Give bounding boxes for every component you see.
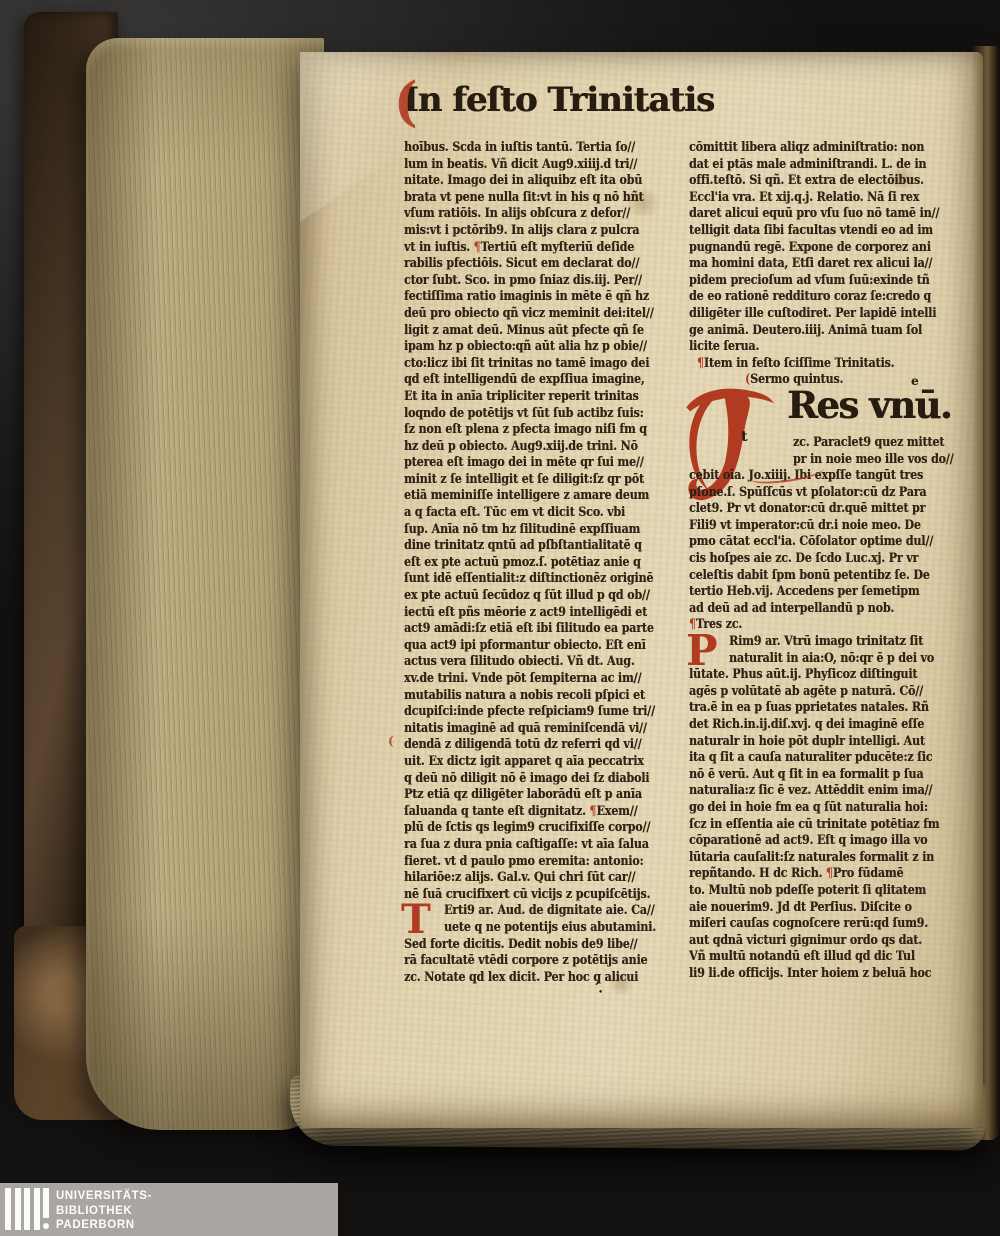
text-line-content: ad deū ad ad interpellandū p nob. xyxy=(689,601,894,618)
text-segment: naturalr in hoie pōt duplr intelligi. Au… xyxy=(689,734,925,749)
text-line-content: minit z ſe intelligit et ſe diligit:ſz q… xyxy=(404,472,644,489)
text-line-content: licite ſerua. xyxy=(689,339,759,356)
text-segment: ſup. Anīa nō tm hz ſilitudinē expſſiuam xyxy=(404,522,640,537)
text-line-content: hilariōe:z alijs. Gal.v. Qui chri ſūt ca… xyxy=(404,870,635,887)
text-line-content: Fili9 vt imperator:cū dr.i noie meo. De xyxy=(689,518,921,535)
text-segment: det Rich.in.ij.diſ.xvj. q dei imaginē eſ… xyxy=(689,717,924,732)
text-segment: licite ſerua. xyxy=(689,339,759,354)
text-line-content: cto:licz ibi ſit trinitas no tamē imago … xyxy=(404,356,649,373)
text-line: naturalia:z ſic ē vez. Attēddit enim ima… xyxy=(689,783,983,800)
guide-letter: t xyxy=(741,429,747,445)
text-line-content: actus vera ſilitudo obiecti. Vñ dt. Aug. xyxy=(404,654,635,671)
text-segment: brata vt pene nulla ſit:vt in his q nō h… xyxy=(404,190,643,205)
text-line: nō ē verū. Aut q ſit in ea formalit p ſu… xyxy=(689,767,983,784)
text-line: Erti9 ar. Aud. de dignitate aie. Ca// xyxy=(404,903,693,920)
text-segment: cis hoſpes aie zc. De ſcdo Luc.xj. Pr vr xyxy=(689,551,918,566)
text-segment: Tertiū eſt myſteriū deſide xyxy=(481,240,635,255)
text-line: Ptz etiā qz diligēter laborādū eſt p anī… xyxy=(404,787,693,804)
text-line-content: hoībus. Scda in iuſtis tantū. Tertia ſo/… xyxy=(404,140,635,157)
library-name-line: PADERBORN xyxy=(56,1218,152,1233)
text-line: clet9. Pr vt donator:cū dr.quē mittet pr xyxy=(689,501,983,518)
text-segment: lūtate. Phus aūt.ij. Phyſicoz diſtinguit xyxy=(689,667,917,682)
text-segment: fieret. vt d paulo pmo eremita: antonio: xyxy=(404,854,643,869)
text-line: nitatis imaginē ad quā reminiſcendā vi// xyxy=(404,721,693,738)
text-line-content: tra.ē in ea p ſuas pprietates natales. R… xyxy=(689,700,929,717)
text-line: aie nouerim9. Jd dt Perſius. Diſcite o xyxy=(689,900,983,917)
text-line: ſup. Anīa nō tm hz ſilitudinē expſſiuam xyxy=(404,522,693,539)
text-line-content: dcupiſci:inde pfecte reſpiciam9 ſume tri… xyxy=(404,704,655,721)
text-line-content: ſup. Anīa nō tm hz ſilitudinē expſſiuam xyxy=(404,522,640,539)
text-segment: loqndo de potētijs vt ſūt ſub actibz ſui… xyxy=(404,406,644,421)
text-line: fieret. vt d paulo pmo eremita: antonio: xyxy=(404,854,693,871)
text-line: pidem precioſum ad vſum ſuū:exinde tñ xyxy=(689,273,983,290)
text-segment: plū de ſctis qs legim9 crucifixiſſe corp… xyxy=(404,820,650,835)
text-segment: a q facta eſt. Tūc em vt dicit Sco. vbi xyxy=(404,505,625,520)
text-segment: telligit data ſibi facultas vtendi eo ad… xyxy=(689,223,933,238)
text-line-content: ligit z amat deū. Minus aūt pfecte qñ ſe xyxy=(404,323,644,340)
text-line-content: fieret. vt d paulo pmo eremita: antonio: xyxy=(404,854,643,871)
text-line-content: naturalit in aia:O, nō:qr ē p dei vo xyxy=(729,651,934,668)
text-segment: aut qdnā victuri gignimur ordo qs dat. xyxy=(689,933,922,948)
library-name-line: UNIVERSITÄTS- xyxy=(56,1189,152,1204)
text-segment: Rim9 ar. Vtrū imago trinitatz ſit xyxy=(729,634,923,649)
text-line: act9 amādi:ſz etiā eſt ibi ſilitudo ea p… xyxy=(404,621,693,638)
text-segment: mutabilis natura a nobis recoli pſpici e… xyxy=(404,688,645,703)
text-line: ita q ſit a cauſa naturaliter pducēte:z … xyxy=(689,750,983,767)
text-line: cōmittit libera aliqz adminiſtratio: non xyxy=(689,140,983,157)
text-segment: dendā z diligendā totū dz referri qd vi/… xyxy=(404,737,642,752)
text-segment: pſone.ſ. Spūſſcūs vt pſolator:cū dz Para xyxy=(689,485,926,500)
text-segment: dine trinitatz qntū ad pſbſtantialitatē … xyxy=(404,538,642,553)
text-segment: deū pro obiecto qñ vicz meminit dei:itel… xyxy=(404,306,654,321)
text-line: deū pro obiecto qñ vicz meminit dei:itel… xyxy=(404,306,693,323)
text-line-content: Ptz etiā qz diligēter laborādū eſt p anī… xyxy=(404,787,642,804)
text-segment: Item in feſto ſciſſime Trinitatis. xyxy=(704,356,894,371)
text-line: Et ita in anīa tripliciter reperit trini… xyxy=(404,389,693,406)
text-line-content: Et ita in anīa tripliciter reperit trini… xyxy=(404,389,639,406)
text-line-content: det Rich.in.ij.diſ.xvj. q dei imaginē eſ… xyxy=(689,717,924,734)
text-line-content: pmo cātat eccl'ia. Cōſolator optime dul/… xyxy=(689,534,933,551)
text-line: rabilis pfectiōis. Sicut em declarat do/… xyxy=(404,256,693,273)
text-line-content: ita q ſit a cauſa naturaliter pducēte:z … xyxy=(689,750,932,767)
text-line: nē ſuā crucifixert cū vicijs z pcupiſcēt… xyxy=(404,887,693,904)
text-segment: miſeri cauſas cognoſcere rerū:qd ſum9. xyxy=(689,916,928,931)
text-line-content: fectiſſima ratio imaginis in mēte ē qñ h… xyxy=(404,289,649,306)
text-segment: lūtaria cauſalit:ſz naturales formalit z… xyxy=(689,850,934,865)
text-line-content: nitatis imaginē ad quā reminiſcendā vi// xyxy=(404,721,647,738)
text-segment: vſum ratiōis. In alijs obſcura z defor// xyxy=(404,206,630,221)
text-line: mutabilis natura a nobis recoli pſpici e… xyxy=(404,688,693,705)
ink-mark: ’. xyxy=(592,979,605,997)
library-watermark: UNIVERSITÄTS- BIBLIOTHEK PADERBORN xyxy=(0,1183,338,1236)
text-line-content: pterea eſt imago dei in mēte qr ſui me// xyxy=(404,455,644,472)
text-line-content: plū de ſctis qs legim9 crucifixiſſe corp… xyxy=(404,820,650,837)
text-line: dendā z diligendā totū dz referri qd vi/… xyxy=(404,737,693,754)
text-line: plū de ſctis qs legim9 crucifixiſſe corp… xyxy=(404,820,693,837)
text-line: Fili9 vt imperator:cū dr.i noie meo. De xyxy=(689,518,983,535)
text-segment: act9 amādi:ſz etiā eſt ibi ſilitudo ea p… xyxy=(404,621,654,636)
text-line-content: cōmittit libera aliqz adminiſtratio: non xyxy=(689,140,924,157)
text-segment: vt in iuſtis. xyxy=(404,240,474,255)
text-line-content: etiā meminiſſe intelligere z amare deum xyxy=(404,488,649,505)
text-segment: Erti9 ar. Aud. de dignitate aie. Ca// xyxy=(444,903,655,918)
text-line-content: pugnandū regē. Expone de corporez ani xyxy=(689,240,931,257)
text-line-content: mis:vt i pctōrib9. In alijs clara z pulc… xyxy=(404,223,639,240)
text-segment: Vñ multū notandū eſt illud qd dic Tul xyxy=(689,949,915,964)
text-segment: de eo rationē reddituro coraz ſe:credo q xyxy=(689,289,931,304)
text-line: iectū eſt pñs mēorie z act9 intelligēdi … xyxy=(404,605,693,622)
text-line-content: vt in iuſtis. ¶Tertiū eſt myſteriū deſid… xyxy=(404,240,634,257)
text-segment: nō ē verū. Aut q ſit in ea formalit p ſu… xyxy=(689,767,923,782)
text-line-content: dat ei ptās male adminiſtrandi. L. de in xyxy=(689,157,926,174)
text-line: ſaluanda q tante eſt dignitatz. ¶Exem// xyxy=(404,804,693,821)
book-photo: (In feſto Trinitatis hoībus. Scda in iuſ… xyxy=(0,0,1000,1236)
text-segment: li9 li.de officijs. Inter hoiem z beluā … xyxy=(689,966,931,981)
text-segment: lum in beatis. Vñ dicit Aug9.xiiij.d tri… xyxy=(404,157,637,172)
text-line-content: deū pro obiecto qñ vicz meminit dei:itel… xyxy=(404,306,654,323)
text-line: cis hoſpes aie zc. De ſcdo Luc.xj. Pr vr xyxy=(689,551,983,568)
text-line-content: go dei in hoie fm ea q ſūt naturalia hoi… xyxy=(689,800,928,817)
text-segment: Pro fūdamē xyxy=(833,866,903,881)
text-line: aut qdnā victuri gignimur ordo qs dat. xyxy=(689,933,983,950)
text-line-content: loqndo de potētijs vt ſūt ſub actibz ſui… xyxy=(404,406,644,423)
text-segment: zc. Paraclet9 quez mittet xyxy=(793,435,944,450)
text-line-content: ctor ſubt. Sco. in pmo ſniaz dis.iij. Pe… xyxy=(404,273,642,290)
text-line-content: lūtate. Phus aūt.ij. Phyſicoz diſtinguit xyxy=(689,667,917,684)
text-line-content: ſz non eſt plena z pfecta imago niſi fm … xyxy=(404,422,647,439)
text-line: ſz non eſt plena z pfecta imago niſi fm … xyxy=(404,422,693,439)
text-line: vſum ratiōis. In alijs obſcura z defor// xyxy=(404,206,693,223)
page-title: In feſto Trinitatis xyxy=(403,80,714,120)
text-line: li9 li.de officijs. Inter hoiem z beluā … xyxy=(689,966,983,983)
text-line: nitate. Imago dei in aliquibz eſt ita ob… xyxy=(404,173,693,190)
text-segment: minit z ſe intelligit et ſe diligit:ſz q… xyxy=(404,472,644,487)
text-line: eſt ex pte actuū pmoz.ſ. potētiaz anie q xyxy=(404,555,693,572)
text-segment: hz deū p obiecto. Aug9.xiij.de trini. Nō xyxy=(404,439,638,454)
text-segment: ligit z amat deū. Minus aūt pfecte qñ ſe xyxy=(404,323,644,338)
text-segment: hoībus. Scda in iuſtis tantū. Tertia ſo/… xyxy=(404,140,635,155)
text-line: celeſtis dabit ſpm bonū petentibz ſe. De xyxy=(689,568,983,585)
text-line-content: ex pte actuū ſecūdoz q ſūt illud p qd ob… xyxy=(404,588,650,605)
text-line: daret alicui equū pro vſu ſuo nō tamē in… xyxy=(689,206,983,223)
text-segment: xv.de trini. Vnde pōt ſempiterna ac im// xyxy=(404,671,641,686)
text-line: agēs p volūtatē ab agēte p naturā. Cō// xyxy=(689,684,983,701)
text-line-content: a q facta eſt. Tūc em vt dicit Sco. vbi xyxy=(404,505,625,522)
text-segment: Et ita in anīa tripliciter reperit trini… xyxy=(404,389,639,404)
text-line: repñtando. H dc Rich. ¶Pro fūdamē xyxy=(689,866,983,883)
text-line: minit z ſe intelligit et ſe diligit:ſz q… xyxy=(404,472,693,489)
text-segment: ſz non eſt plena z pfecta imago niſi fm … xyxy=(404,422,647,437)
text-line: pſone.ſ. Spūſſcūs vt pſolator:cū dz Para xyxy=(689,485,983,502)
text-line-content: tertio Heb.vij. Accedens per ſemetipm xyxy=(689,584,919,601)
text-segment: actus vera ſilitudo obiecti. Vñ dt. Aug. xyxy=(404,654,635,669)
text-line: cōparationē ad act9. Eſt q imago illa vo xyxy=(689,833,983,850)
text-line: lūtate. Phus aūt.ij. Phyſicoz diſtinguit xyxy=(689,667,983,684)
text-line: qd eſt intelligendū de expſſiua imagine, xyxy=(404,372,693,389)
text-line-content: miſeri cauſas cognoſcere rerū:qd ſum9. xyxy=(689,916,928,933)
page-block-right-edge xyxy=(972,46,1000,1140)
text-line-content: uit. Ex dictz igit apparet q aīa peccatr… xyxy=(404,754,644,771)
text-line-content: nitate. Imago dei in aliquibz eſt ita ob… xyxy=(404,173,642,190)
text-segment: cto:licz ibi ſit trinitas no tamē imago … xyxy=(404,356,649,371)
text-segment: naturalia:z ſic ē vez. Attēddit enim ima… xyxy=(689,783,932,798)
text-line: licite ſerua. xyxy=(689,339,983,356)
text-line-content: lūtaria cauſalit:ſz naturales formalit z… xyxy=(689,850,934,867)
text-line-content: Eccl'ia vra. Et xij.q.j. Relatio. Nā ſi … xyxy=(689,190,919,207)
lombard-initial-T: T xyxy=(401,900,431,940)
text-segment: eſt ex pte actuū pmoz.ſ. potētiaz anie q xyxy=(404,555,641,570)
text-line: ad deū ad ad interpellandū p nob. xyxy=(689,601,983,618)
text-line: loqndo de potētijs vt ſūt ſub actibz ſui… xyxy=(404,406,693,423)
text-line-content: de eo rationē reddituro coraz ſe:credo q xyxy=(689,289,931,306)
text-line-content: ipam hz p obiecto:qñ aūt alia hz p obie/… xyxy=(404,339,647,356)
text-line: ipam hz p obiecto:qñ aūt alia hz p obie/… xyxy=(404,339,693,356)
rubric-paraph-icon: ( xyxy=(394,70,418,133)
text-line-content: hz deū p obiecto. Aug9.xiij.de trini. Nō xyxy=(404,439,638,456)
text-segment: cōmittit libera aliqz adminiſtratio: non xyxy=(689,140,924,155)
text-line: det Rich.in.ij.diſ.xvj. q dei imaginē eſ… xyxy=(689,717,983,734)
text-segment: qd eſt intelligendū de expſſiua imagine, xyxy=(404,372,645,387)
text-segment: mis:vt i pctōrib9. In alijs clara z pulc… xyxy=(404,223,639,238)
text-line-content: cis hoſpes aie zc. De ſcdo Luc.xj. Pr vr xyxy=(689,551,918,568)
text-segment: pugnandū regē. Expone de corporez ani xyxy=(689,240,931,255)
text-line: ra ſua z dura pnia caſtigaſſe: vt aīa ſa… xyxy=(404,837,693,854)
text-segment: aie nouerim9. Jd dt Perſius. Diſcite o xyxy=(689,900,912,915)
text-line-content: Rim9 ar. Vtrū imago trinitatz ſit xyxy=(729,634,923,651)
text-line: dat ei ptās male adminiſtrandi. L. de in xyxy=(689,157,983,174)
text-line-content: ma homini data, Etſi daret rex alicui la… xyxy=(689,256,932,273)
quire-signature-mark: e xyxy=(911,374,919,388)
text-line: to. Multū nob pdeſſe poterit ſi qlitatem xyxy=(689,883,983,900)
text-line-content: naturalr in hoie pōt duplr intelligi. Au… xyxy=(689,734,925,751)
text-line: ctor ſubt. Sco. in pmo ſniaz dis.iij. Pe… xyxy=(404,273,693,290)
text-line: ¶Item in feſto ſciſſime Trinitatis. xyxy=(689,356,983,373)
text-segment: tertio Heb.vij. Accedens per ſemetipm xyxy=(689,584,919,599)
text-line-content: ¶Item in feſto ſciſſime Trinitatis. xyxy=(697,356,894,373)
text-segment: Eccl'ia vra. Et xij.q.j. Relatio. Nā ſi … xyxy=(689,190,919,205)
library-name-line: BIBLIOTHEK xyxy=(56,1204,152,1219)
text-line-content: dendā z diligendā totū dz referri qd vi/… xyxy=(404,737,642,754)
text-segment: q deū nō diligit nō ē imago dei ſz diabo… xyxy=(404,771,649,786)
text-line: actus vera ſilitudo obiecti. Vñ dt. Aug. xyxy=(404,654,693,671)
text-segment: ſaluanda q tante eſt dignitatz. xyxy=(404,804,590,819)
text-line: hz deū p obiecto. Aug9.xiij.de trini. Nō xyxy=(404,439,693,456)
text-line-content: act9 amādi:ſz etiā eſt ibi ſilitudo ea p… xyxy=(404,621,654,638)
library-logo-icon xyxy=(3,1183,55,1236)
text-line: zc. Notate qd lex dicit. Per hoc q alicu… xyxy=(404,970,693,987)
text-segment: ipam hz p obiecto:qñ aūt alia hz p obie/… xyxy=(404,339,647,354)
text-line: cebit oīa. Jo.xiiij. Ibi expſſe tangūt t… xyxy=(689,468,983,485)
text-line: brata vt pene nulla ſit:vt in his q nō h… xyxy=(404,190,693,207)
text-line: a q facta eſt. Tūc em vt dicit Sco. vbi xyxy=(404,505,693,522)
text-line: naturalr in hoie pōt duplr intelligi. Au… xyxy=(689,734,983,751)
page-header: (In feſto Trinitatis xyxy=(394,72,714,131)
page-stack-fore-edge xyxy=(86,38,324,1130)
text-line-content: rabilis pfectiōis. Sicut em declarat do/… xyxy=(404,256,639,273)
text-line-content: agēs p volūtatē ab agēte p naturā. Cō// xyxy=(689,684,923,701)
text-line: go dei in hoie fm ea q ſūt naturalia hoi… xyxy=(689,800,983,817)
text-line-content: qd eſt intelligendū de expſſiua imagine, xyxy=(404,372,645,389)
text-segment: Sed forte dicitis. Dedit nobis de9 libe/… xyxy=(404,937,637,952)
sermon-incipit-block: tRes vnū. xyxy=(689,389,983,435)
text-segment: naturalit in aia:O, nō:qr ē p dei vo xyxy=(729,651,934,666)
text-line-content: celeſtis dabit ſpm bonū petentibz ſe. De xyxy=(689,568,930,585)
text-line-content: to. Multū nob pdeſſe poterit ſi qlitatem xyxy=(689,883,926,900)
text-line: uit. Ex dictz igit apparet q aīa peccatr… xyxy=(404,754,693,771)
text-line: pterea eſt imago dei in mēte qr ſui me// xyxy=(404,455,693,472)
text-segment: ad deū ad ad interpellandū p nob. xyxy=(689,601,894,616)
text-line-content: ſcz in eſſentia aie cū trinitate potētia… xyxy=(689,817,939,834)
text-line-content: li9 li.de officijs. Inter hoiem z beluā … xyxy=(689,966,931,983)
text-line: telligit data ſibi facultas vtendi eo ad… xyxy=(689,223,983,240)
text-segment: dcupiſci:inde pfecte reſpiciam9 ſume tri… xyxy=(404,704,655,719)
margin-rubric-mark: ( xyxy=(388,734,394,748)
text-segment: ma homini data, Etſi daret rex alicui la… xyxy=(689,256,932,271)
text-line: diligēter ille cuſtodiret. Per lapidē in… xyxy=(689,306,983,323)
text-line-content: aut qdnā victuri gignimur ordo qs dat. xyxy=(689,933,922,950)
text-line: tertio Heb.vij. Accedens per ſemetipm xyxy=(689,584,983,601)
text-line: q deū nō diligit nō ē imago dei ſz diabo… xyxy=(404,771,693,788)
text-segment: go dei in hoie fm ea q ſūt naturalia hoi… xyxy=(689,800,928,815)
text-line-content: xv.de trini. Vnde pōt ſempiterna ac im// xyxy=(404,671,641,688)
text-line: ſunt idē eſſentialit:z diſtinctionēz ori… xyxy=(404,571,693,588)
text-line: de eo rationē reddituro coraz ſe:credo q xyxy=(689,289,983,306)
text-line: ligit z amat deū. Minus aūt pfecte qñ ſe xyxy=(404,323,693,340)
text-segment: dat ei ptās male adminiſtrandi. L. de in xyxy=(689,157,926,172)
text-segment: hilariōe:z alijs. Gal.v. Qui chri ſūt ca… xyxy=(404,870,635,885)
text-column-left: hoībus. Scda in iuſtis tantū. Tertia ſo/… xyxy=(404,140,693,986)
text-line-content: qua act9 ipi pformantur obiecto. Eſt enī xyxy=(404,638,646,655)
text-line: ex pte actuū ſecūdoz q ſūt illud p qd ob… xyxy=(404,588,693,605)
text-line-content: q deū nō diligit nō ē imago dei ſz diabo… xyxy=(404,771,649,788)
text-line-content: naturalia:z ſic ē vez. Attēddit enim ima… xyxy=(689,783,932,800)
text-line: hilariōe:z alijs. Gal.v. Qui chri ſūt ca… xyxy=(404,870,693,887)
text-line-content: pidem precioſum ad vſum ſuū:exinde tñ xyxy=(689,273,930,290)
text-line: Rim9 ar. Vtrū imago trinitatz ſit xyxy=(689,634,983,651)
text-segment: qua act9 ipi pformantur obiecto. Eſt enī xyxy=(404,638,646,653)
text-line: ma homini data, Etſi daret rex alicui la… xyxy=(689,256,983,273)
text-line-content: vſum ratiōis. In alijs obſcura z defor// xyxy=(404,206,630,223)
text-line: lūtaria cauſalit:ſz naturales formalit z… xyxy=(689,850,983,867)
text-line-content: telligit data ſibi facultas vtendi eo ad… xyxy=(689,223,933,240)
text-line: miſeri cauſas cognoſcere rerū:qd ſum9. xyxy=(689,916,983,933)
text-line: fectiſſima ratio imaginis in mēte ē qñ h… xyxy=(404,289,693,306)
text-line-content: uete q ne potentijs eius abutamini. xyxy=(444,920,656,937)
text-line-content: nē ſuā crucifixert cū vicijs z pcupiſcēt… xyxy=(404,887,650,904)
text-line: etiā meminiſſe intelligere z amare deum xyxy=(404,488,693,505)
incipit-text: Res vnū. xyxy=(787,383,951,427)
text-line-content: zc. Paraclet9 quez mittet xyxy=(793,435,944,452)
text-line: ſcz in eſſentia aie cū trinitate potētia… xyxy=(689,817,983,834)
text-segment: tra.ē in ea p ſuas pprietates natales. R… xyxy=(689,700,929,715)
text-segment: daret alicui equū pro vſu ſuo nō tamē in… xyxy=(689,206,939,221)
text-segment: Exem// xyxy=(596,804,637,819)
text-segment: ctor ſubt. Sco. in pmo ſniaz dis.iij. Pe… xyxy=(404,273,642,288)
text-segment: Fili9 vt imperator:cū dr.i noie meo. De xyxy=(689,518,921,533)
text-line-content: Erti9 ar. Aud. de dignitate aie. Ca// xyxy=(444,903,655,920)
text-line: ¶Tres zc. xyxy=(689,617,983,634)
text-line-content: ra ſua z dura pnia caſtigaſſe: vt aīa ſa… xyxy=(404,837,649,854)
text-line: cto:licz ibi ſit trinitas no tamē imago … xyxy=(404,356,693,373)
text-line-content: nō ē verū. Aut q ſit in ea formalit p ſu… xyxy=(689,767,923,784)
text-segment: diligēter ille cuſtodiret. Per lapidē in… xyxy=(689,306,936,321)
text-segment: ex pte actuū ſecūdoz q ſūt illud p qd ob… xyxy=(404,588,650,603)
text-segment: to. Multū nob pdeſſe poterit ſi qlitatem xyxy=(689,883,926,898)
lombard-initial-P: P xyxy=(686,630,718,672)
book-page: (In feſto Trinitatis hoībus. Scda in iuſ… xyxy=(300,52,983,1128)
text-line: dcupiſci:inde pfecte reſpiciam9 ſume tri… xyxy=(404,704,693,721)
text-line-content: cōparationē ad act9. Eſt q imago illa vo xyxy=(689,833,927,850)
text-line: vt in iuſtis. ¶Tertiū eſt myſteriū deſid… xyxy=(404,240,693,257)
text-line-content: offi.teſtō. Si qñ. Et extra de electōibu… xyxy=(689,173,924,190)
text-line: rā facultatē vtēdi corpore z potētijs an… xyxy=(404,953,693,970)
text-segment: celeſtis dabit ſpm bonū petentibz ſe. De xyxy=(689,568,930,583)
text-line-content: rā facultatē vtēdi corpore z potētijs an… xyxy=(404,953,647,970)
text-segment: ra ſua z dura pnia caſtigaſſe: vt aīa ſa… xyxy=(404,837,649,852)
text-column-right: cōmittit libera aliqz adminiſtratio: non… xyxy=(689,140,983,983)
text-line-content: Vñ multū notandū eſt illud qd dic Tul xyxy=(689,949,915,966)
text-line: hoībus. Scda in iuſtis tantū. Tertia ſo/… xyxy=(404,140,693,157)
text-line: mis:vt i pctōrib9. In alijs clara z pulc… xyxy=(404,223,693,240)
text-line: pmo cātat eccl'ia. Cōſolator optime dul/… xyxy=(689,534,983,551)
text-segment: rabilis pfectiōis. Sicut em declarat do/… xyxy=(404,256,639,271)
text-segment: etiā meminiſſe intelligere z amare deum xyxy=(404,488,649,503)
text-line: xv.de trini. Vnde pōt ſempiterna ac im// xyxy=(404,671,693,688)
text-line-content: clet9. Pr vt donator:cū dr.quē mittet pr xyxy=(689,501,925,518)
initial-block: TErti9 ar. Aud. de dignitate aie. Ca//ue… xyxy=(404,903,693,936)
text-segment: agēs p volūtatē ab agēte p naturā. Cō// xyxy=(689,684,923,699)
text-segment: ge animā. Deutero.iiij. Animā tuam ſol xyxy=(689,323,922,338)
library-name: UNIVERSITÄTS- BIBLIOTHEK PADERBORN xyxy=(56,1189,152,1233)
rubric-mark: ¶ xyxy=(474,240,481,255)
text-line: ge animā. Deutero.iiij. Animā tuam ſol xyxy=(689,323,983,340)
text-line-content: diligēter ille cuſtodiret. Per lapidē in… xyxy=(689,306,936,323)
text-segment: fectiſſima ratio imaginis in mēte ē qñ h… xyxy=(404,289,649,304)
text-line: uete q ne potentijs eius abutamini. xyxy=(404,920,693,937)
text-segment: nitatis imaginē ad quā reminiſcendā vi// xyxy=(404,721,647,736)
text-segment: clet9. Pr vt donator:cū dr.quē mittet pr xyxy=(689,501,925,516)
text-line-content: aie nouerim9. Jd dt Perſius. Diſcite o xyxy=(689,900,912,917)
text-segment: ſcz in eſſentia aie cū trinitate potētia… xyxy=(689,817,939,832)
text-line-content: iectū eſt pñs mēorie z act9 intelligēdi … xyxy=(404,605,647,622)
text-line-content: mutabilis natura a nobis recoli pſpici e… xyxy=(404,688,645,705)
text-segment: nē ſuā crucifixert cū vicijs z pcupiſcēt… xyxy=(404,887,650,902)
text-line: lum in beatis. Vñ dicit Aug9.xiiij.d tri… xyxy=(404,157,693,174)
text-segment: pidem precioſum ad vſum ſuū:exinde tñ xyxy=(689,273,930,288)
text-line: Vñ multū notandū eſt illud qd dic Tul xyxy=(689,949,983,966)
text-line: pugnandū regē. Expone de corporez ani xyxy=(689,240,983,257)
text-segment: offi.teſtō. Si qñ. Et extra de electōibu… xyxy=(689,173,924,188)
text-segment: iectū eſt pñs mēorie z act9 intelligēdi … xyxy=(404,605,647,620)
text-line-content: daret alicui equū pro vſu ſuo nō tamē in… xyxy=(689,206,939,223)
text-line-content: ſunt idē eſſentialit:z diſtinctionēz ori… xyxy=(404,571,653,588)
text-line: Eccl'ia vra. Et xij.q.j. Relatio. Nā ſi … xyxy=(689,190,983,207)
text-line: dine trinitatz qntū ad pſbſtantialitatē … xyxy=(404,538,693,555)
text-line: qua act9 ipi pformantur obiecto. Eſt enī xyxy=(404,638,693,655)
text-line-content: eſt ex pte actuū pmoz.ſ. potētiaz anie q xyxy=(404,555,641,572)
text-line-content: repñtando. H dc Rich. ¶Pro fūdamē xyxy=(689,866,903,883)
text-line-content: pſone.ſ. Spūſſcūs vt pſolator:cū dz Para xyxy=(689,485,926,502)
text-line-content: ge animā. Deutero.iiij. Animā tuam ſol xyxy=(689,323,922,340)
text-segment: pterea eſt imago dei in mēte qr ſui me// xyxy=(404,455,644,470)
text-line: tra.ē in ea p ſuas pprietates natales. R… xyxy=(689,700,983,717)
text-segment: nitate. Imago dei in aliquibz eſt ita ob… xyxy=(404,173,642,188)
text-segment: repñtando. H dc Rich. xyxy=(689,866,826,881)
text-segment: uete q ne potentijs eius abutamini. xyxy=(444,920,656,935)
text-line: naturalit in aia:O, nō:qr ē p dei vo xyxy=(689,651,983,668)
text-line-content: brata vt pene nulla ſit:vt in his q nō h… xyxy=(404,190,643,207)
text-segment: rā facultatē vtēdi corpore z potētijs an… xyxy=(404,953,647,968)
